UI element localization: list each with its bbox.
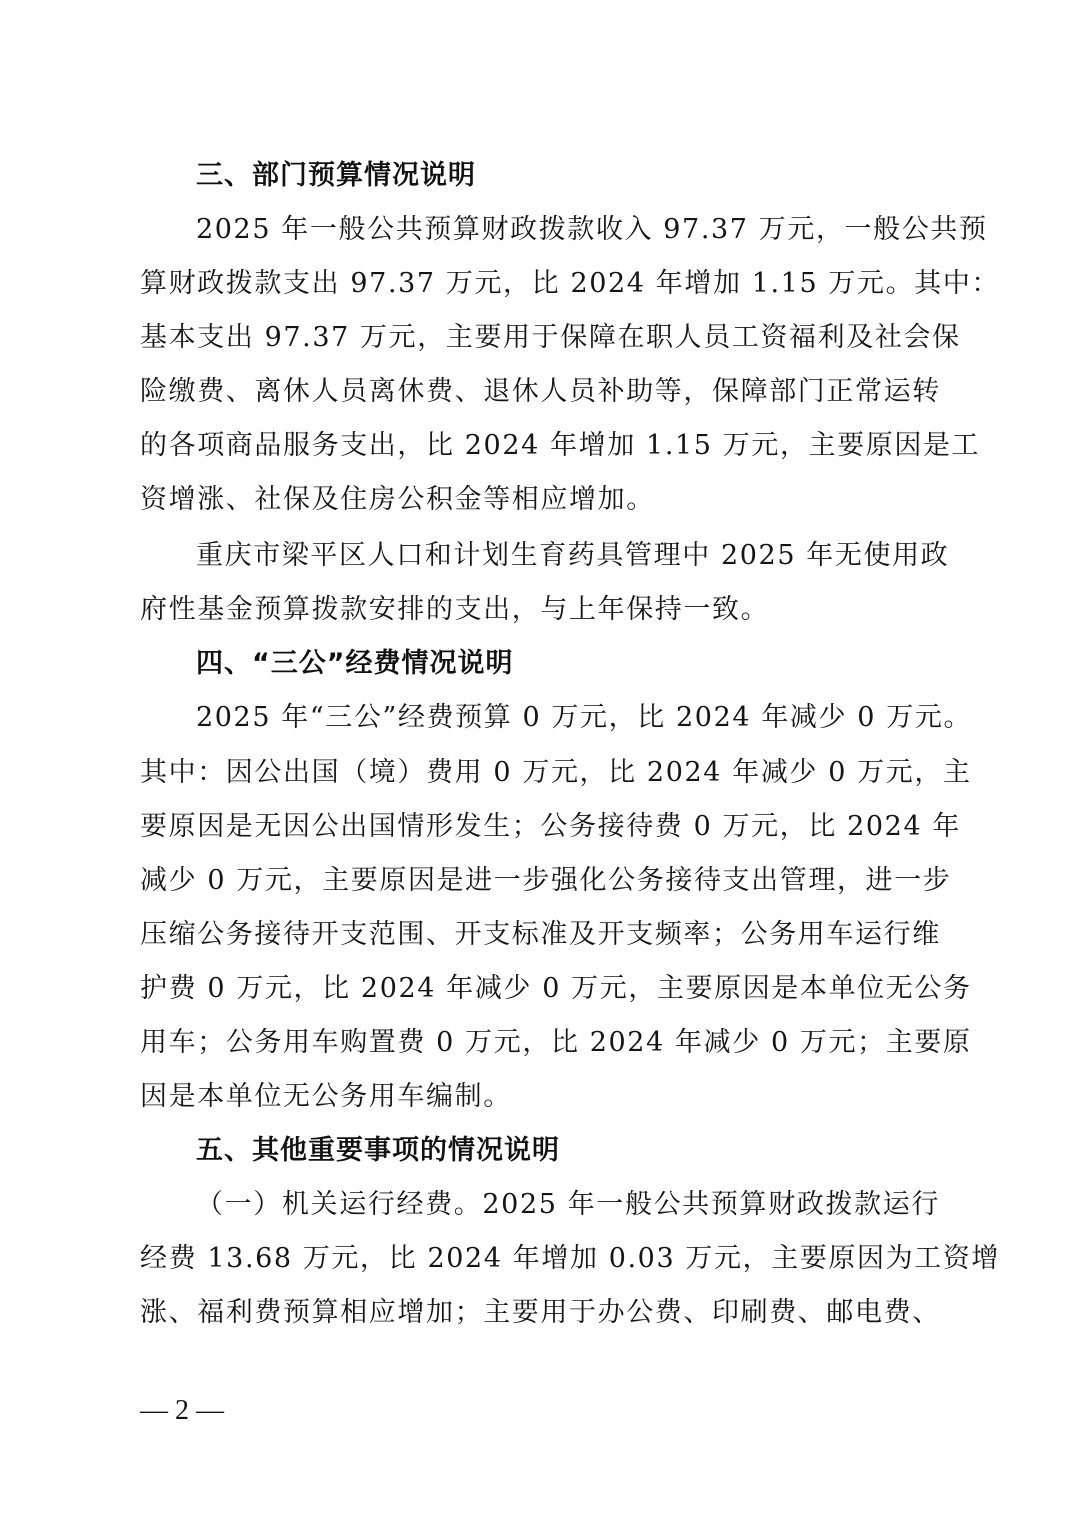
paragraph-line: 减少 0 万元，主要原因是进一步强化公务接待支出管理，进一步 (140, 863, 940, 899)
paragraph-line: 险缴费、离休人员离休费、退休人员补助等，保障部门正常运转 (140, 374, 940, 410)
paragraph-line: 算财政拨款支出 97.37 万元，比 2024 年增加 1.15 万元。其中： (140, 266, 940, 302)
paragraph-line: 府性基金预算拨款安排的支出，与上年保持一致。 (140, 592, 940, 628)
paragraph-line: 护费 0 万元，比 2024 年减少 0 万元，主要原因是本单位无公务 (140, 971, 940, 1007)
paragraph-line: 经费 13.68 万元，比 2024 年增加 0.03 万元，主要原因为工资增 (140, 1241, 940, 1277)
section-heading-three-public-expenses: 四、“三公”经费情况说明 (196, 646, 514, 682)
paragraph-line: 2025 年“三公”经费预算 0 万元，比 2024 年减少 0 万元。 (196, 700, 940, 736)
paragraph-line: 的各项商品服务支出，比 2024 年增加 1.15 万元，主要原因是工 (140, 428, 940, 464)
paragraph-line: 2025 年一般公共预算财政拨款收入 97.37 万元，一般公共预 (196, 212, 940, 248)
paragraph-line: 重庆市梁平区人口和计划生育药具管理中 2025 年无使用政 (196, 538, 940, 574)
paragraph-line: 要原因是无因公出国情形发生；公务接待费 0 万元，比 2024 年 (140, 809, 940, 845)
paragraph-line: （一）机关运行经费。2025 年一般公共预算财政拨款运行 (196, 1187, 940, 1223)
paragraph-line: 用车；公务用车购置费 0 万元，比 2024 年减少 0 万元；主要原 (140, 1025, 940, 1061)
paragraph-line: 压缩公务接待开支范围、开支标准及开支频率；公务用车运行维 (140, 917, 940, 953)
paragraph-line: 因是本单位无公务用车编制。 (140, 1079, 940, 1115)
paragraph-line: 涨、福利费预算相应增加；主要用于办公费、印刷费、邮电费、 (140, 1295, 940, 1331)
paragraph-line: 资增涨、社保及住房公积金等相应增加。 (140, 482, 940, 518)
section-heading-budget: 三、部门预算情况说明 (196, 158, 476, 194)
section-heading-other-matters: 五、其他重要事项的情况说明 (196, 1133, 560, 1169)
page-number: — 2 — (140, 1393, 224, 1429)
document-page: 三、部门预算情况说明 2025 年一般公共预算财政拨款收入 97.37 万元，一… (0, 0, 1074, 1520)
paragraph-line: 基本支出 97.37 万元，主要用于保障在职人员工资福利及社会保 (140, 320, 940, 356)
paragraph-line: 其中：因公出国（境）费用 0 万元，比 2024 年减少 0 万元，主 (140, 755, 940, 791)
